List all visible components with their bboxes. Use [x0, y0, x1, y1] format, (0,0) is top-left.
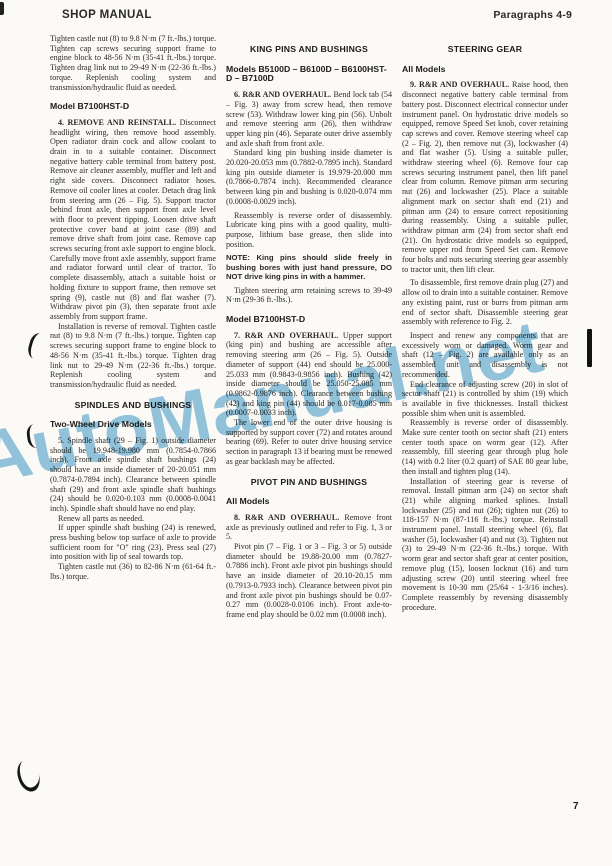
page-number: 7: [573, 801, 579, 812]
section-heading: SPINDLES AND BUSHINGS: [50, 401, 216, 411]
paragraph: Installation of steering gear is reverse…: [402, 477, 568, 613]
paragraph: If upper spindle shaft bushing (24) is r…: [50, 523, 216, 562]
paragraph-text: Raise hood, then disconnect negative bat…: [402, 80, 568, 273]
paragraph: 6. R&R AND OVERHAUL. Bend lock tab (54 –…: [226, 90, 392, 148]
paragraph-text: Upper support (king pin) and bushing are…: [226, 331, 392, 418]
column-right: STEERING GEAR All Models 9. R&R AND OVER…: [402, 34, 568, 620]
text-columns: Tighten castle nut (8) to 9.8 N·m (7 ft.…: [50, 34, 568, 620]
model-subheading: Model B7100HST-D: [50, 102, 216, 112]
paragraph-lead: 4. REMOVE AND REINSTALL.: [58, 118, 176, 127]
column-left: Tighten castle nut (8) to 9.8 N·m (7 ft.…: [50, 34, 216, 620]
paragraph: The lower end of the outer drive housing…: [226, 418, 392, 467]
paragraph: Reassembly is reverse order of disassemb…: [402, 418, 568, 476]
paragraph: 9. R&R AND OVERHAUL. Raise hood, then di…: [402, 80, 568, 274]
paragraph: Pivot pin (7 – Fig. 1 or 3 – Fig. 3 or 5…: [226, 542, 392, 620]
model-subheading: Two-Wheel Drive Models: [50, 420, 216, 430]
paragraph: Installation is reverse of removal. Tigh…: [50, 322, 216, 390]
paragraph-lead: 6. R&R AND OVERHAUL.: [234, 90, 331, 99]
paragraph-reference: Paragraphs 4-9: [493, 9, 572, 21]
paragraph-lead: 9. R&R AND OVERHAUL.: [410, 80, 509, 89]
paragraph-lead: 8. R&R AND OVERHAUL.: [234, 513, 339, 522]
paragraph: Standard king pin bushing inside diamete…: [226, 148, 392, 206]
section-heading: KING PINS AND BUSHINGS: [226, 45, 392, 55]
paragraph: Tighten steering arm retaining screws to…: [226, 286, 392, 305]
section-heading: STEERING GEAR: [402, 45, 568, 55]
paragraph-text: Disconnect headlight wiring, then remove…: [50, 118, 216, 321]
model-subheading: Models B5100D – B6100D – B6100HST-D – B7…: [226, 65, 392, 84]
paragraph: 7. R&R AND OVERHAUL. Upper support (king…: [226, 331, 392, 418]
paragraph: 4. REMOVE AND REINSTALL. Disconnect head…: [50, 118, 216, 322]
paragraph: Reassembly is reverse order of disassemb…: [226, 211, 392, 250]
paragraph: Renew all parts as needed.: [50, 514, 216, 524]
model-subheading: All Models: [402, 65, 568, 75]
paragraph: 5. Spindle shaft (29 – Fig. 1) outside d…: [50, 436, 216, 514]
manual-title: SHOP MANUAL: [62, 9, 152, 21]
paragraph: To disassemble, first remove drain plug …: [402, 278, 568, 327]
model-subheading: All Models: [226, 497, 392, 507]
paragraph: Tighten castle nut (36) to 82-86 N·m (61…: [50, 562, 216, 581]
paragraph-lead: 7. R&R AND OVERHAUL.: [234, 331, 338, 340]
paragraph: End clearance of adjusting screw (20) in…: [402, 380, 568, 419]
paragraph: Tighten castle nut (8) to 9.8 N·m (7 ft.…: [50, 34, 216, 92]
paragraph: Inspect and renew any components that ar…: [402, 331, 568, 380]
column-middle: KING PINS AND BUSHINGS Models B5100D – B…: [226, 34, 392, 620]
scan-artifact: [25, 423, 45, 449]
scan-artifact: [26, 331, 49, 360]
paragraph: 8. R&R AND OVERHAUL. Remove front axle a…: [226, 513, 392, 542]
section-heading: PIVOT PIN AND BUSHINGS: [226, 478, 392, 488]
page-header: SHOP MANUAL Paragraphs 4-9: [62, 9, 572, 21]
scan-artifact: [587, 329, 592, 367]
scan-artifact: [14, 758, 44, 795]
scan-artifact: [0, 2, 4, 15]
model-subheading: Model B7100HST-D: [226, 315, 392, 325]
note-paragraph: NOTE: King pins should slide freely in b…: [226, 253, 392, 281]
